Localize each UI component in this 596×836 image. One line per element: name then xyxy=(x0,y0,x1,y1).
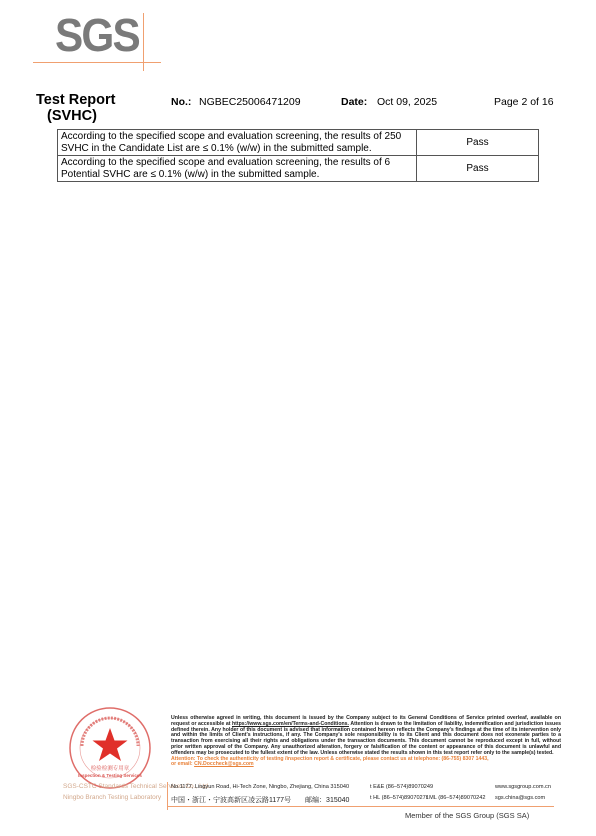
logo-text: SGS xyxy=(55,12,139,58)
phone-hl: t HL (86–574)89070271 xyxy=(370,795,429,801)
table-row: According to the specified scope and eva… xyxy=(58,130,539,156)
report-title-line1: Test Report xyxy=(36,92,116,108)
email-label: or email: xyxy=(171,761,194,767)
stamp-cn-text: 检验检测专用章 xyxy=(91,764,130,772)
footer-rule xyxy=(167,806,554,807)
sgs-logo: SGS xyxy=(0,0,200,80)
doccheck-email-link[interactable]: CN.Doccheck@sgs.com xyxy=(194,761,254,767)
phone-ml: t ML (86–574)89070242 xyxy=(426,795,486,801)
address-en: No.1177, Lingyun Road, Hi-Tech Zone, Nin… xyxy=(171,784,349,790)
member-of-sgs-group: Member of the SGS Group (SGS SA) xyxy=(405,811,529,820)
result-description: According to the specified scope and eva… xyxy=(58,130,417,156)
phone-ee: t E&E (86–574)89070249 xyxy=(370,784,433,790)
report-date: Oct 09, 2025 xyxy=(377,96,437,108)
address-cn: 中国・浙江・宁波高新区凌云路1177号 邮编：315040 xyxy=(171,795,349,805)
email-link[interactable]: sgs.china@sgs.com xyxy=(495,795,545,801)
report-title-line2: (SVHC) xyxy=(36,108,116,124)
legal-disclaimer: Unless otherwise agreed in writing, this… xyxy=(171,716,561,768)
stamp-en-text: Inspection & Testing Services xyxy=(78,773,142,778)
report-number-label: No.: xyxy=(171,96,191,108)
table-row: According to the specified scope and eva… xyxy=(58,156,539,182)
results-table: According to the specified scope and eva… xyxy=(57,129,539,182)
disclaimer-text-cont: Attention is drawn to the limitation of … xyxy=(171,721,561,756)
result-value: Pass xyxy=(417,156,539,182)
logo-horizontal-rule xyxy=(33,62,161,63)
page-number: Page 2 of 16 xyxy=(494,96,554,108)
report-title: Test Report (SVHC) xyxy=(36,92,116,124)
company-seal-stamp: 检验检测专用章 Inspection & Testing Services xyxy=(68,706,152,790)
result-description: According to the specified scope and eva… xyxy=(58,156,417,182)
website-link[interactable]: www.sgsgroup.com.cn xyxy=(495,784,551,790)
authenticity-email-line: or email: CN.Doccheck@sgs.com xyxy=(171,762,561,768)
result-value: Pass xyxy=(417,130,539,156)
report-date-label: Date: xyxy=(341,96,367,108)
logo-vertical-rule xyxy=(143,13,144,71)
report-number: NGBEC25006471209 xyxy=(199,96,301,108)
